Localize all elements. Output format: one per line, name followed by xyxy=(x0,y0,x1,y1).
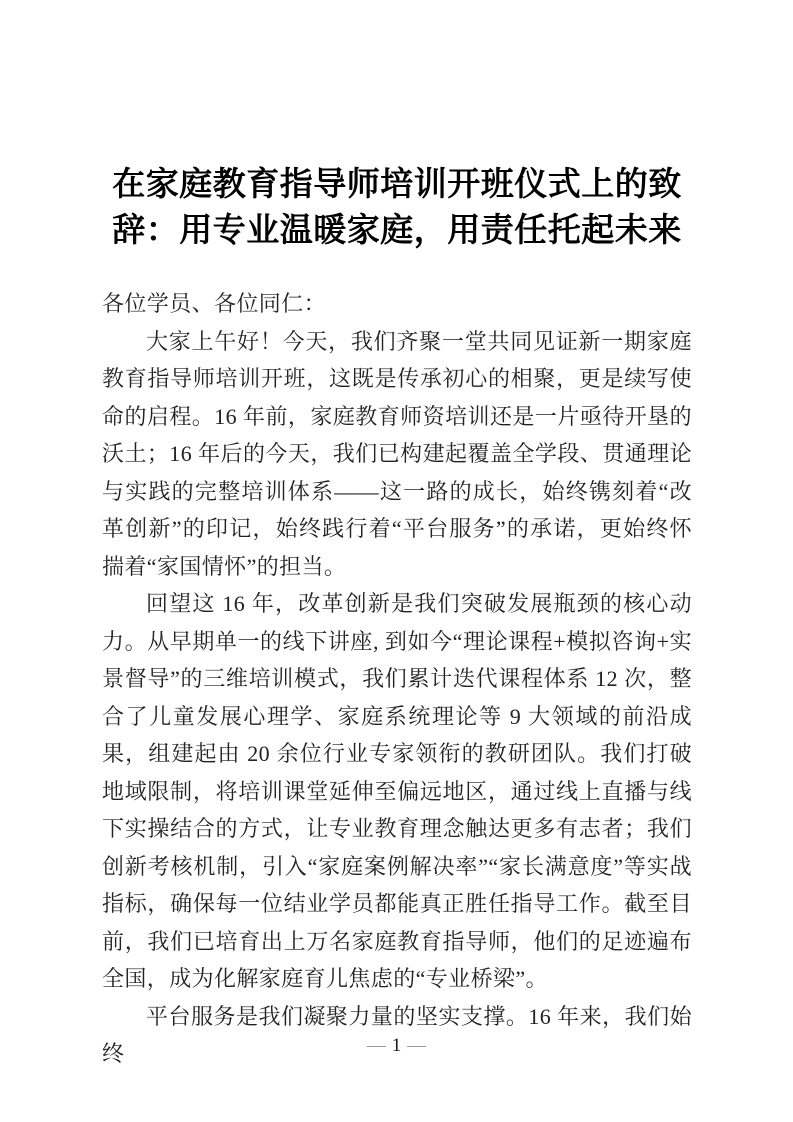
document-page: 在家庭教育指导师培训开班仪式上的致 辞：用专业温暖家庭，用责任托起未来 各位学员… xyxy=(0,0,793,1122)
paragraph-review: 回望这 16 年，改革创新是我们突破发展瓶颈的核心动力。从早期单一的线下讲座, … xyxy=(102,585,692,998)
footer-page-number: 1 xyxy=(392,1035,402,1056)
paragraph-salutation: 各位学员、各位同仁： xyxy=(102,285,692,323)
document-content: 在家庭教育指导师培训开班仪式上的致 辞：用专业温暖家庭，用责任托起未来 各位学员… xyxy=(102,140,692,1073)
footer-left-dash: — xyxy=(361,1035,392,1056)
document-title-line-2: 辞：用专业温暖家庭，用责任托起未来 xyxy=(102,208,692,254)
page-footer: —1— xyxy=(0,1033,793,1059)
document-body: 各位学员、各位同仁： 大家上午好！今天，我们齐聚一堂共同见证新一期家庭教育指导师… xyxy=(102,285,692,1073)
document-title-line-1: 在家庭教育指导师培训开班仪式上的致 xyxy=(102,162,692,208)
document-title: 在家庭教育指导师培训开班仪式上的致 辞：用专业温暖家庭，用责任托起未来 xyxy=(102,162,692,254)
footer-right-dash: — xyxy=(401,1035,432,1056)
paragraph-opening: 大家上午好！今天，我们齐聚一堂共同见证新一期家庭教育指导师培训开班，这既是传承初… xyxy=(102,323,692,586)
